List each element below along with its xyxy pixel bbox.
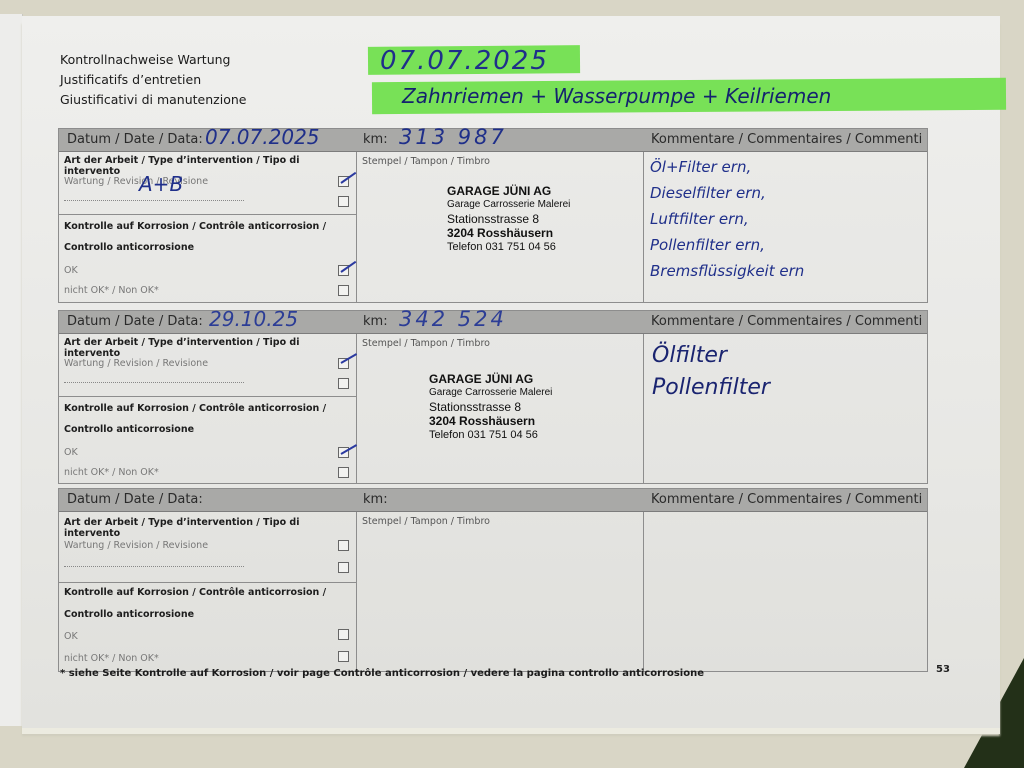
stamp-line: 3204 Rosshäusern bbox=[429, 414, 552, 428]
work-type-column: Art der Arbeit / Type d’intervention / T… bbox=[59, 334, 357, 483]
entry-header: Datum / Date / Data: 29.10.25 km: 342 52… bbox=[59, 311, 927, 334]
comments-column: Öl+Filter ern, Dieselfilter ern, Luftfil… bbox=[644, 152, 927, 302]
work-type-column: Art der Arbeit / Type d’intervention / T… bbox=[59, 512, 357, 671]
date-label: Datum / Date / Data: bbox=[67, 492, 203, 507]
corrosion-label-it: Controllo anticorrosione bbox=[64, 242, 194, 253]
corrosion-block: Kontrolle auf Korrosion / Contrôle antic… bbox=[59, 397, 356, 483]
service-note: A+B bbox=[139, 172, 183, 196]
booklet-page: Kontrollnachweise Wartung Justificatifs … bbox=[22, 16, 1000, 728]
stamp-line: Telefon 031 751 04 56 bbox=[447, 240, 570, 254]
title-it: Giustificativi di manutenzione bbox=[60, 90, 246, 110]
corrosion-label-it: Controllo anticorrosione bbox=[64, 424, 194, 435]
work-type-label: Art der Arbeit / Type d’intervention / T… bbox=[64, 517, 356, 539]
work-type-label: Art der Arbeit / Type d’intervention / T… bbox=[64, 155, 356, 177]
corrosion-not-ok-checkbox[interactable] bbox=[338, 285, 349, 296]
other-work-line[interactable] bbox=[64, 200, 244, 201]
comment-line: Öl+Filter ern, bbox=[650, 154, 804, 180]
comment-line: Pollenfilter bbox=[652, 372, 770, 404]
date-value: 07.07.2025 bbox=[205, 125, 320, 149]
date-label: Datum / Date / Data: bbox=[67, 132, 203, 147]
corrosion-not-ok-checkbox[interactable] bbox=[338, 467, 349, 478]
work-type-block: Art der Arbeit / Type d’intervention / T… bbox=[59, 334, 356, 397]
comments-text: Öl+Filter ern, Dieselfilter ern, Luftfil… bbox=[650, 154, 804, 284]
comment-line: Ölfilter bbox=[652, 340, 770, 372]
km-label: km: bbox=[363, 132, 388, 147]
stamp-column: Stempel / Tampon / Timbro GARAGE JÜNI AG… bbox=[357, 334, 644, 483]
service-label: Wartung / Revision / Revisione bbox=[64, 540, 208, 551]
comment-line: Bremsflüssigkeit ern bbox=[650, 258, 804, 284]
comments-column[interactable] bbox=[644, 512, 927, 671]
stamp-line: GARAGE JÜNI AG bbox=[429, 372, 552, 386]
ok-label: OK bbox=[64, 631, 78, 642]
stamp-line: Stationsstrasse 8 bbox=[447, 212, 570, 226]
stamp-line: 3204 Rosshäusern bbox=[447, 226, 570, 240]
corrosion-block: Kontrolle auf Korrosion / Contrôle antic… bbox=[59, 215, 356, 302]
comment-line: Dieselfilter ern, bbox=[650, 180, 804, 206]
stamp-line: GARAGE JÜNI AG bbox=[447, 184, 570, 198]
corrosion-not-ok-checkbox[interactable] bbox=[338, 651, 349, 662]
stamp-label: Stempel / Tampon / Timbro bbox=[362, 338, 490, 349]
footnote: * siehe Seite Kontrolle auf Korrosion / … bbox=[60, 668, 704, 679]
title-de: Kontrollnachweise Wartung bbox=[60, 50, 246, 70]
km-value: 313 987 bbox=[399, 125, 507, 149]
corrosion-label: Kontrolle auf Korrosion / Contrôle antic… bbox=[64, 403, 326, 414]
entry-header: Datum / Date / Data: km: Kommentare / Co… bbox=[59, 489, 927, 512]
stamp-column: Stempel / Tampon / Timbro bbox=[357, 512, 644, 671]
maintenance-entry-3: Datum / Date / Data: km: Kommentare / Co… bbox=[58, 488, 928, 672]
work-type-block: Art der Arbeit / Type d’intervention / T… bbox=[59, 512, 356, 583]
page-title: Kontrollnachweise Wartung Justificatifs … bbox=[60, 50, 246, 110]
maintenance-entry-1: Datum / Date / Data: 07.07.2025 km: 313 … bbox=[58, 128, 928, 303]
stamp-line: Stationsstrasse 8 bbox=[429, 400, 552, 414]
corrosion-label-it: Controllo anticorrosione bbox=[64, 609, 194, 620]
entry-header: Datum / Date / Data: 07.07.2025 km: 313 … bbox=[59, 129, 927, 152]
title-fr: Justificatifs d’entretien bbox=[60, 70, 246, 90]
stamp-column: Stempel / Tampon / Timbro GARAGE JÜNI AG… bbox=[357, 152, 644, 302]
stamp-line: Garage Carrosserie Malerei bbox=[429, 386, 552, 400]
service-label: Wartung / Revision / Revisione bbox=[64, 176, 208, 187]
stamp-line: Telefon 031 751 04 56 bbox=[429, 428, 552, 442]
service-label: Wartung / Revision / Revisione bbox=[64, 358, 208, 369]
km-label: km: bbox=[363, 492, 388, 507]
comments-label: Kommentare / Commentaires / Commenti bbox=[651, 314, 922, 329]
maintenance-entry-2: Datum / Date / Data: 29.10.25 km: 342 52… bbox=[58, 310, 928, 484]
work-type-label: Art der Arbeit / Type d’intervention / T… bbox=[64, 337, 356, 359]
other-work-checkbox[interactable] bbox=[338, 562, 349, 573]
other-work-checkbox[interactable] bbox=[338, 378, 349, 389]
comments-column: Ölfilter Pollenfilter bbox=[644, 334, 927, 483]
garage-stamp: GARAGE JÜNI AG Garage Carrosserie Malere… bbox=[429, 372, 552, 442]
garage-stamp: GARAGE JÜNI AG Garage Carrosserie Malere… bbox=[447, 184, 570, 254]
date-label: Datum / Date / Data: bbox=[67, 314, 203, 329]
km-value: 342 524 bbox=[399, 307, 507, 331]
corrosion-ok-checkbox[interactable] bbox=[338, 629, 349, 640]
corrosion-label: Kontrolle auf Korrosion / Contrôle antic… bbox=[64, 221, 326, 232]
handwritten-header-date: 07.07.2025 bbox=[380, 46, 549, 76]
other-work-line[interactable] bbox=[64, 566, 244, 567]
not-ok-label: nicht OK* / Non OK* bbox=[64, 653, 159, 664]
stamp-label: Stempel / Tampon / Timbro bbox=[362, 156, 490, 167]
stamp-label: Stempel / Tampon / Timbro bbox=[362, 516, 490, 527]
other-work-line[interactable] bbox=[64, 382, 244, 383]
page-number: 53 bbox=[936, 664, 950, 675]
date-value: 29.10.25 bbox=[209, 307, 298, 331]
km-label: km: bbox=[363, 314, 388, 329]
ok-label: OK bbox=[64, 447, 78, 458]
comment-line: Luftfilter ern, bbox=[650, 206, 804, 232]
other-work-checkbox[interactable] bbox=[338, 196, 349, 207]
not-ok-label: nicht OK* / Non OK* bbox=[64, 285, 159, 296]
not-ok-label: nicht OK* / Non OK* bbox=[64, 467, 159, 478]
service-checkbox[interactable] bbox=[338, 540, 349, 551]
corrosion-label: Kontrolle auf Korrosion / Contrôle antic… bbox=[64, 587, 326, 598]
ok-label: OK bbox=[64, 265, 78, 276]
left-page-edge bbox=[0, 14, 23, 726]
work-type-block: Art der Arbeit / Type d’intervention / T… bbox=[59, 152, 356, 215]
corrosion-block: Kontrolle auf Korrosion / Contrôle antic… bbox=[59, 583, 356, 671]
handwritten-header-note: Zahnriemen + Wasserpumpe + Keilriemen bbox=[402, 84, 831, 108]
comments-label: Kommentare / Commentaires / Commenti bbox=[651, 132, 922, 147]
comment-line: Pollenfilter ern, bbox=[650, 232, 804, 258]
work-type-column: Art der Arbeit / Type d’intervention / T… bbox=[59, 152, 357, 302]
comments-label: Kommentare / Commentaires / Commenti bbox=[651, 492, 922, 507]
comments-text: Ölfilter Pollenfilter bbox=[652, 340, 770, 404]
stamp-line: Garage Carrosserie Malerei bbox=[447, 198, 570, 212]
